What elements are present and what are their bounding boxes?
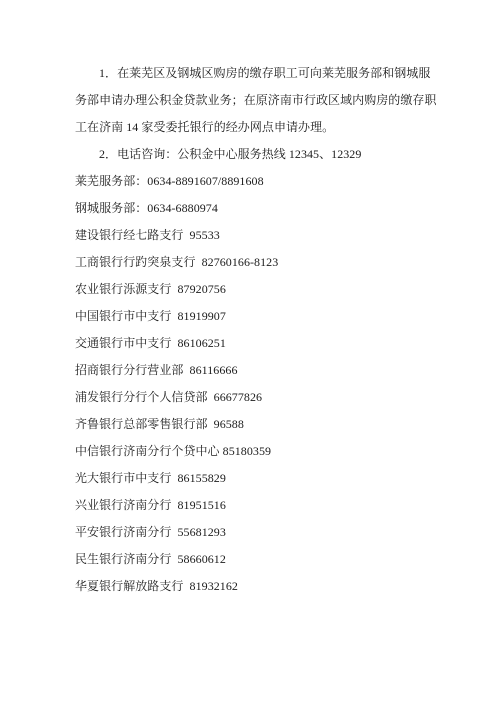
contact-line: 浦发银行分行个人信贷部 66677826 (75, 384, 440, 411)
paragraph-2: 2．电话咨询：公积金中心服务热线 12345、12329 (75, 141, 440, 168)
document-line: 工在济南 14 家受委托银行的经办网点申请办理。 (75, 114, 440, 141)
contact-line: 工商银行行趵突泉支行 82760166-8123 (75, 249, 440, 276)
contact-list: 莱芜服务部：0634-8891607/8891608钢城服务部：0634-688… (75, 168, 440, 600)
contact-line: 齐鲁银行总部零售银行部 96588 (75, 411, 440, 438)
contact-line: 莱芜服务部：0634-8891607/8891608 (75, 168, 440, 195)
contact-line: 平安银行济南分行 55681293 (75, 519, 440, 546)
contact-line: 光大银行市中支行 86155829 (75, 465, 440, 492)
contact-line: 中信银行济南分行个贷中心 85180359 (75, 438, 440, 465)
contact-line: 民生银行济南分行 58660612 (75, 546, 440, 573)
contact-line: 农业银行泺源支行 87920756 (75, 276, 440, 303)
document-line: 务部申请办理公积金贷款业务；在原济南市行政区域内购房的缴存职 (75, 87, 440, 114)
contact-line: 华夏银行解放路支行 81932162 (75, 573, 440, 600)
document-body: 1．在莱芜区及钢城区购房的缴存职工可向莱芜服务部和钢城服务部申请办理公积金贷款业… (0, 0, 500, 600)
contact-line: 招商银行分行营业部 86116666 (75, 357, 440, 384)
contact-line: 建设银行经七路支行 95533 (75, 222, 440, 249)
contact-line: 交通银行市中支行 86106251 (75, 330, 440, 357)
contact-line: 中国银行市中支行 81919907 (75, 303, 440, 330)
contact-line: 钢城服务部：0634-6880974 (75, 195, 440, 222)
contact-line: 兴业银行济南分行 81951516 (75, 492, 440, 519)
paragraph-1: 1．在莱芜区及钢城区购房的缴存职工可向莱芜服务部和钢城服务部申请办理公积金贷款业… (75, 60, 440, 141)
document-page: 1．在莱芜区及钢城区购房的缴存职工可向莱芜服务部和钢城服务部申请办理公积金贷款业… (0, 0, 500, 707)
document-line: 2．电话咨询：公积金中心服务热线 12345、12329 (75, 141, 440, 168)
document-line: 1．在莱芜区及钢城区购房的缴存职工可向莱芜服务部和钢城服 (75, 60, 440, 87)
